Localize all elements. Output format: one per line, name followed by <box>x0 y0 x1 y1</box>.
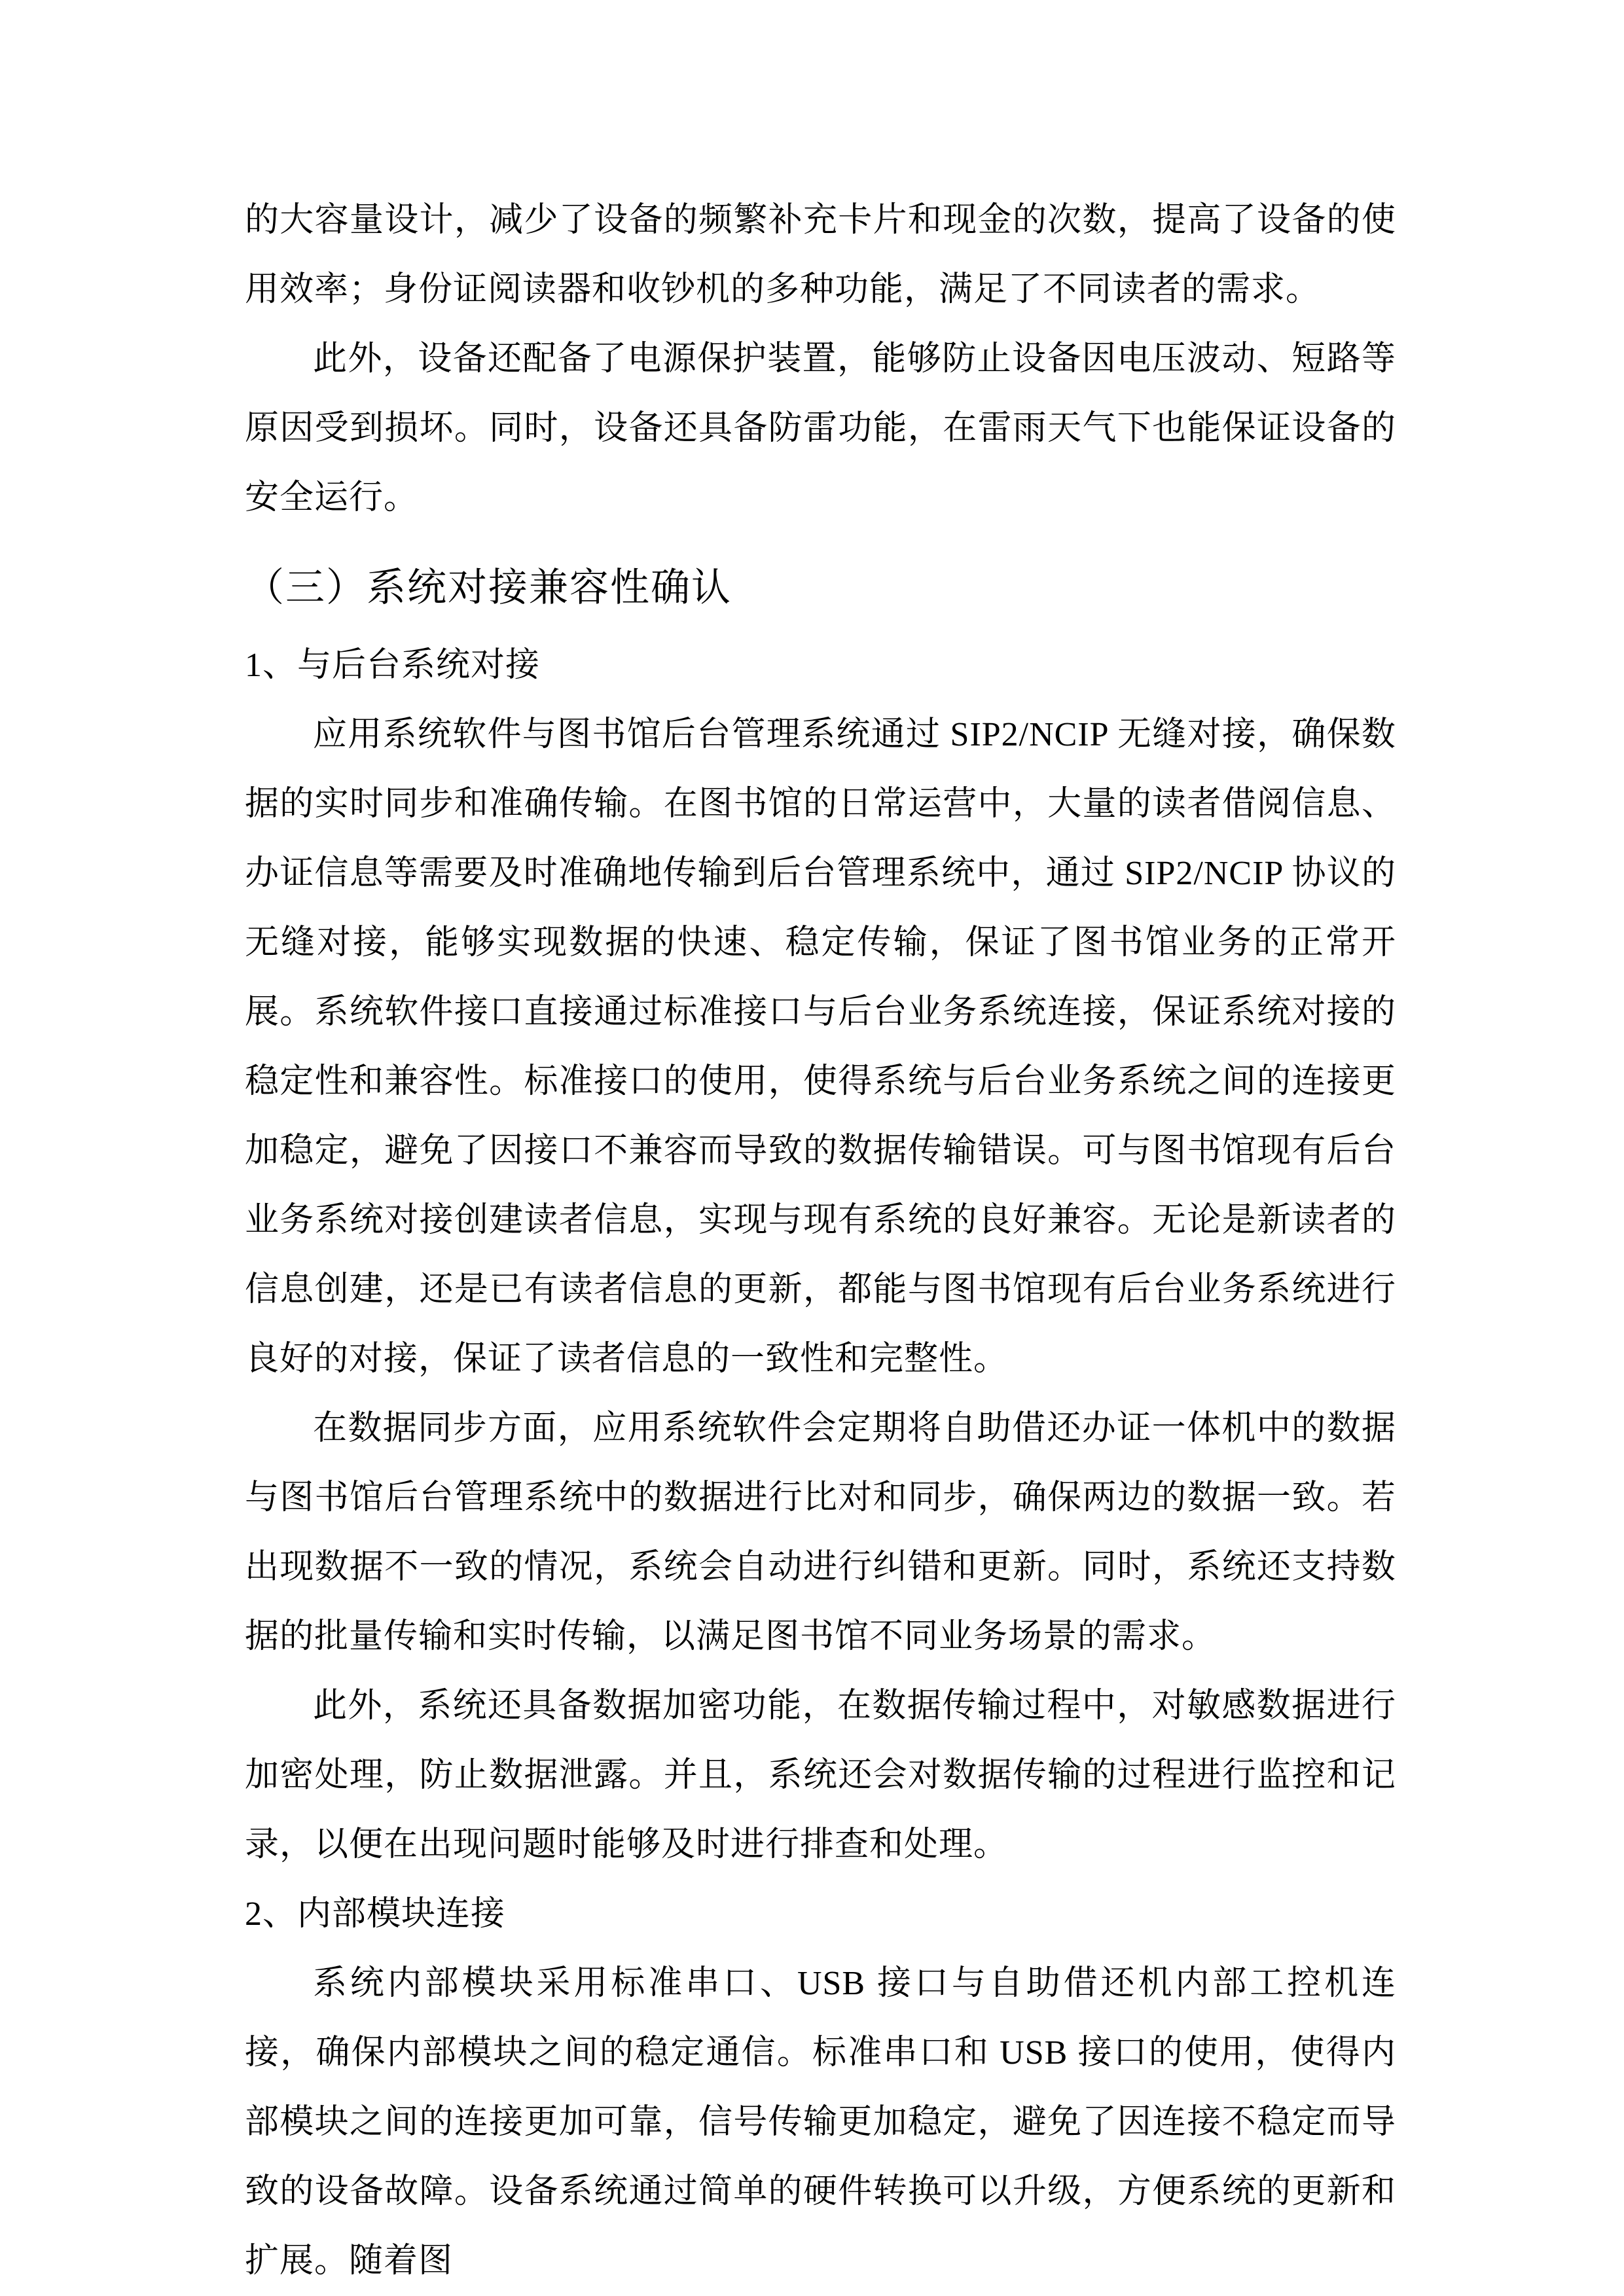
document-page: 的大容量设计，减少了设备的频繁补充卡片和现金的次数，提高了设备的使用效率；身份证… <box>0 0 1624 2296</box>
paragraph: 系统内部模块采用标准串口、USB 接口与自助借还机内部工控机连接，确保内部模块之… <box>245 1949 1396 2296</box>
paragraph: 在数据同步方面，应用系统软件会定期将自助借还办证一体机中的数据与图书馆后台管理系… <box>245 1394 1396 1672</box>
paragraph: 此外，系统还具备数据加密功能，在数据传输过程中，对敏感数据进行加密处理，防止数据… <box>245 1672 1396 1880</box>
subheading-1: 1、与后台系统对接 <box>245 631 1396 700</box>
section-heading: （三）系统对接兼容性确认 <box>245 550 1396 626</box>
paragraph: 此外，设备还配备了电源保护装置，能够防止设备因电压波动、短路等原因受到损坏。同时… <box>245 325 1396 533</box>
paragraph-continuation: 的大容量设计，减少了设备的频繁补充卡片和现金的次数，提高了设备的使用效率；身份证… <box>245 186 1396 325</box>
paragraph: 应用系统软件与图书馆后台管理系统通过 SIP2/NCIP 无缝对接，确保数据的实… <box>245 700 1396 1394</box>
subheading-2: 2、内部模块连接 <box>245 1880 1396 1949</box>
